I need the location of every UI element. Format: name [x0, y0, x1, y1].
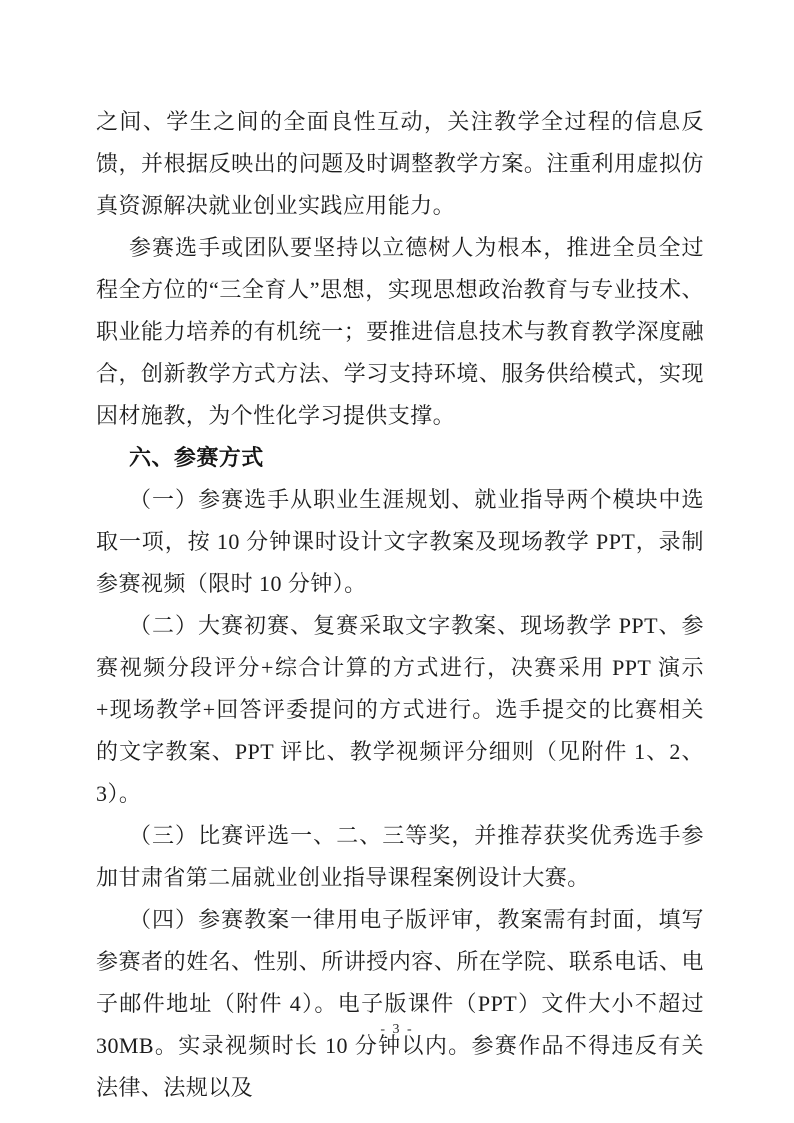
paragraph-item-2: （二）大赛初赛、复赛采取文字教案、现场教学 PPT、参赛视频分段评分+综合计算的…	[96, 605, 704, 815]
page-number: - 3 -	[380, 1022, 413, 1037]
paragraph-item-1: （一）参赛选手从职业生涯规划、就业指导两个模块中选取一项，按 10 分钟课时设计…	[96, 479, 704, 605]
document-page: 之间、学生之间的全面良性互动，关注教学全过程的信息反馈，并根据反映出的问题及时调…	[0, 0, 794, 1123]
paragraph-item-3: （三）比赛评选一、二、三等奖，并推荐获奖优秀选手参加甘肃省第二届就业创业指导课程…	[96, 815, 704, 899]
section-heading-participation-method: 六、参赛方式	[96, 437, 704, 479]
page-footer: - 3 -	[0, 1020, 794, 1040]
document-body: 之间、学生之间的全面良性互动，关注教学全过程的信息反馈，并根据反映出的问题及时调…	[96, 101, 704, 1109]
paragraph-continuation: 之间、学生之间的全面良性互动，关注教学全过程的信息反馈，并根据反映出的问题及时调…	[96, 101, 704, 227]
paragraph-lide-shuren: 参赛选手或团队要坚持以立德树人为根本，推进全员全过程全方位的“三全育人”思想，实…	[96, 227, 704, 437]
paragraph-item-4: （四）参赛教案一律用电子版评审，教案需有封面，填写参赛者的姓名、性别、所讲授内容…	[96, 899, 704, 1109]
